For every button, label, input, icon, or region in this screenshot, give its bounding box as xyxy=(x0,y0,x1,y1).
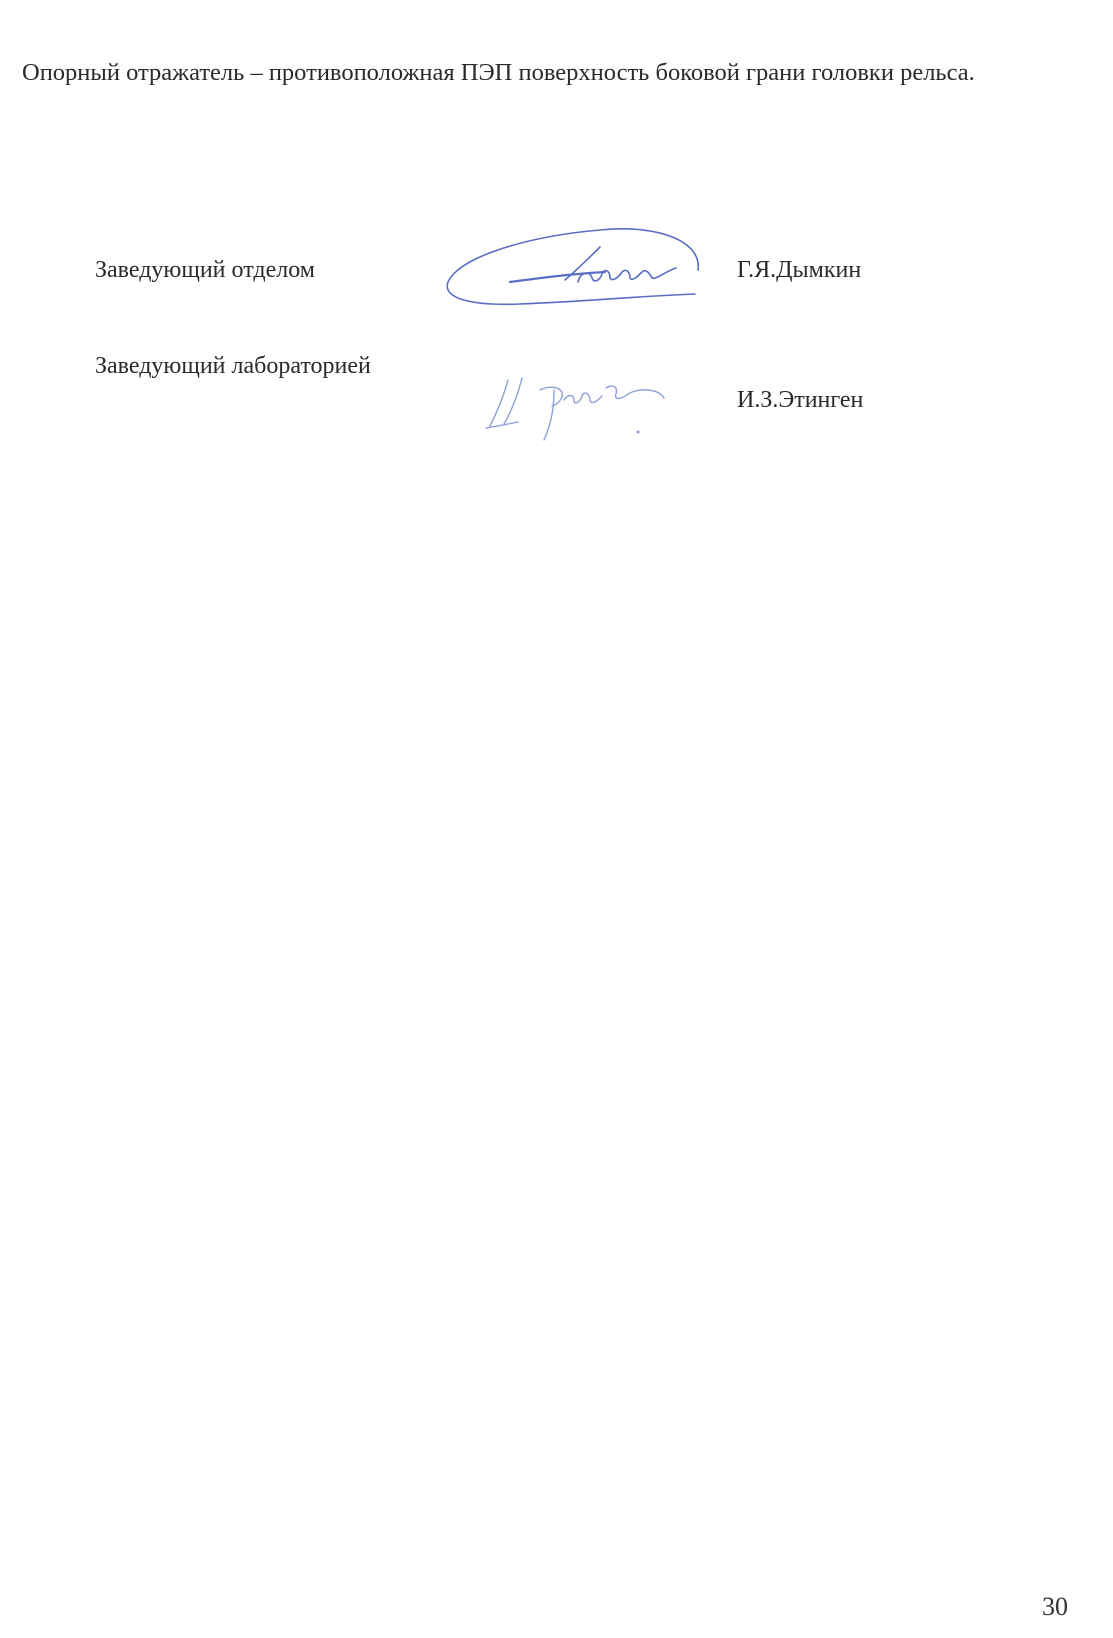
signature-etingen-icon xyxy=(478,360,688,450)
signatory-title-lab-head: Заведующий лабораторией xyxy=(95,352,371,380)
body-paragraph: Опорный отражатель – противоположная ПЭП… xyxy=(22,54,1088,92)
signatory-name-etingen: И.З.Этинген xyxy=(737,386,863,414)
signatory-name-dymkin: Г.Я.Дымкин xyxy=(737,256,861,284)
page-number: 30 xyxy=(1042,1592,1068,1622)
signatory-title-department-head: Заведующий отделом xyxy=(95,256,315,284)
signature-dymkin-icon xyxy=(440,222,730,312)
